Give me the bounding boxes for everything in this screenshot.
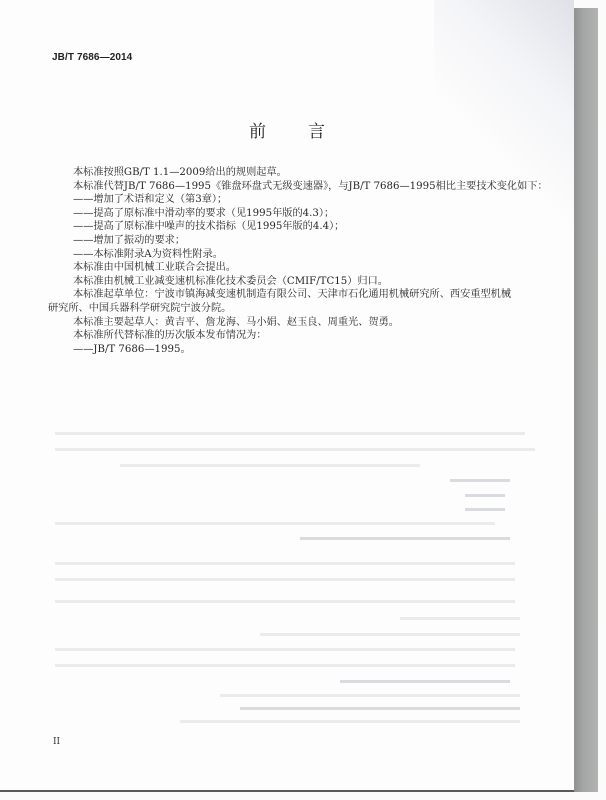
bleed-through-line (180, 720, 520, 723)
bleed-through-line (55, 448, 535, 451)
list-item: ——增加了振动的要求； (48, 234, 558, 248)
bleed-through-line (400, 617, 520, 620)
bleed-through-line (240, 707, 520, 710)
standard-code-header: JB/T 7686—2014 (52, 52, 132, 63)
section-title-foreword: 前言 (0, 117, 574, 142)
bleed-through-line (55, 600, 515, 603)
foreword-body: 本标准按照GB/T 1.1—2009给出的规则起草。 本标准代替JB/T 768… (48, 166, 558, 356)
document-page: JB/T 7686—2014 前言 本标准按照GB/T 1.1—2009给出的规… (0, 0, 574, 792)
list-item: ——提高了原标准中滑动率的要求（见1995年版的4.3）； (48, 207, 558, 221)
bleed-through-line (220, 694, 520, 697)
paragraph: 本标准所代替标准的历次版本发布情况为： (48, 329, 558, 343)
paragraph: 本标准由中国机械工业联合会提出。 (48, 261, 558, 275)
list-item: ——增加了术语和定义（第3章）； (48, 193, 558, 207)
bleed-through-line (55, 432, 525, 435)
paragraph: 本标准代替JB/T 7686—1995《锥盘环盘式无级变速器》，与JB/T 76… (48, 180, 558, 194)
list-item: ——本标准附录A为资料性附录。 (48, 248, 558, 262)
paragraph: 本标准主要起草人：黄吉平、詹龙海、马小娟、赵玉良、周重光、贺勇。 (48, 316, 558, 330)
paragraph-continuation: 研究所、中国兵器科学研究院宁波分院。 (48, 302, 558, 316)
list-item: ——JB/T 7686—1995。 (48, 343, 558, 357)
bleed-through-line (450, 479, 510, 482)
bleed-through-line (300, 537, 510, 540)
scanner-edge-strip (574, 8, 598, 792)
title-char: 言 (308, 117, 325, 142)
paragraph: 本标准起草单位：宁波市镇海减变速机制造有限公司、天津市石化通用机械研究所、西安重… (48, 288, 558, 302)
list-item: ——提高了原标准中噪声的技术指标（见1995年版的4.4）； (48, 220, 558, 234)
bleed-through-line (465, 494, 505, 497)
bleed-through-line (55, 648, 515, 651)
bleed-through-line (260, 633, 520, 636)
title-char: 前 (249, 117, 266, 142)
paragraph: 本标准由机械工业减变速机标准化技术委员会（CMIF/TC15）归口。 (48, 275, 558, 289)
bleed-through-line (465, 508, 505, 511)
bleed-through-line (340, 680, 510, 683)
bleed-through-line (55, 578, 515, 581)
page-number: II (53, 737, 60, 747)
paragraph: 本标准按照GB/T 1.1—2009给出的规则起草。 (48, 166, 558, 180)
bleed-through-line (55, 664, 515, 667)
bleed-through-line (55, 522, 495, 525)
bleed-through-line (120, 464, 420, 467)
bleed-through-line (55, 562, 515, 565)
